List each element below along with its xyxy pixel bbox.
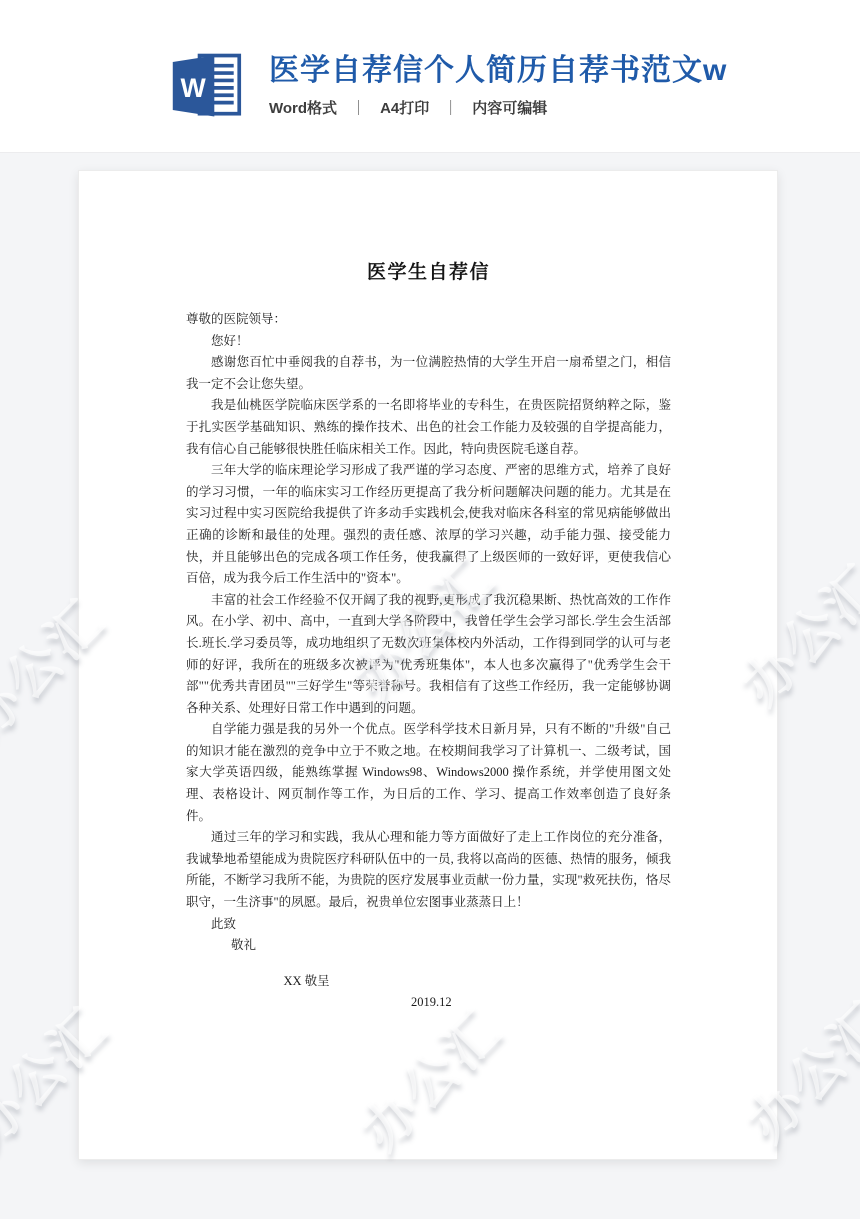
- closing-cizhi: 此致: [186, 914, 671, 936]
- letter-paragraph: 通过三年的学习和实践，我从心理和能力等方面做好了走上工作岗位的充分准备，我诚挚地…: [186, 827, 671, 913]
- document-page: 医学生自荐信 尊敬的医院领导： 您好！ 感谢您百忙中垂阅我的自荐书，为一位满腔热…: [78, 170, 778, 1160]
- letter-title: 医学生自荐信: [186, 257, 671, 284]
- letter-salutation: 尊敬的医院领导：: [186, 309, 671, 331]
- word-icon-letter: W: [180, 73, 206, 103]
- meta-format-label: Word格式: [269, 97, 337, 118]
- letter-paragraph: 感谢您百忙中垂阅我的自荐书，为一位满腔热情的大学生开启一扇希望之门，相信我一定不…: [186, 352, 671, 395]
- meta-print-label: A4打印: [380, 97, 429, 118]
- header-text-block: 医学自荐信个人简历自荐书范文w Word格式 ｜ A4打印 ｜ 内容可编辑: [269, 52, 727, 118]
- closing-spacer: [186, 957, 671, 971]
- document-header: W 医学自荐信个人简历自荐书范文w Word格式 ｜ A4打印 ｜ 内容可编辑: [170, 52, 727, 120]
- closing-jingli: 敬礼: [186, 935, 671, 957]
- meta-separator: ｜: [443, 97, 458, 118]
- word-icon: W: [170, 52, 242, 120]
- document-meta: Word格式 ｜ A4打印 ｜ 内容可编辑: [269, 97, 727, 118]
- meta-editable-label: 内容可编辑: [472, 97, 547, 118]
- letter-paragraph: 我是仙桃医学院临床医学系的一名即将毕业的专科生，在贵医院招贤纳粹之际，鉴于扎实医…: [186, 395, 671, 460]
- closing-date: 2019.12: [186, 992, 671, 1014]
- letter-greeting: 您好！: [186, 331, 671, 353]
- letter-paragraph: 丰富的社会工作经验不仅开阔了我的视野,更形成了我沉稳果断、热忱高效的工作作风。在…: [186, 590, 671, 720]
- document-title-link[interactable]: 医学自荐信个人简历自荐书范文w: [269, 52, 727, 90]
- closing-signature: XX 敬呈: [186, 971, 671, 993]
- letter-paragraph: 自学能力强是我的另外一个优点。医学科学技术日新月异，只有不断的"升级"自己的知识…: [186, 719, 671, 827]
- letter-body: 尊敬的医院领导： 您好！ 感谢您百忙中垂阅我的自荐书，为一位满腔热情的大学生开启…: [186, 309, 671, 1014]
- letter-paragraph: 三年大学的临床理论学习形成了我严谨的学习态度、严密的思维方式，培养了良好的学习习…: [186, 460, 671, 590]
- meta-separator: ｜: [351, 97, 366, 118]
